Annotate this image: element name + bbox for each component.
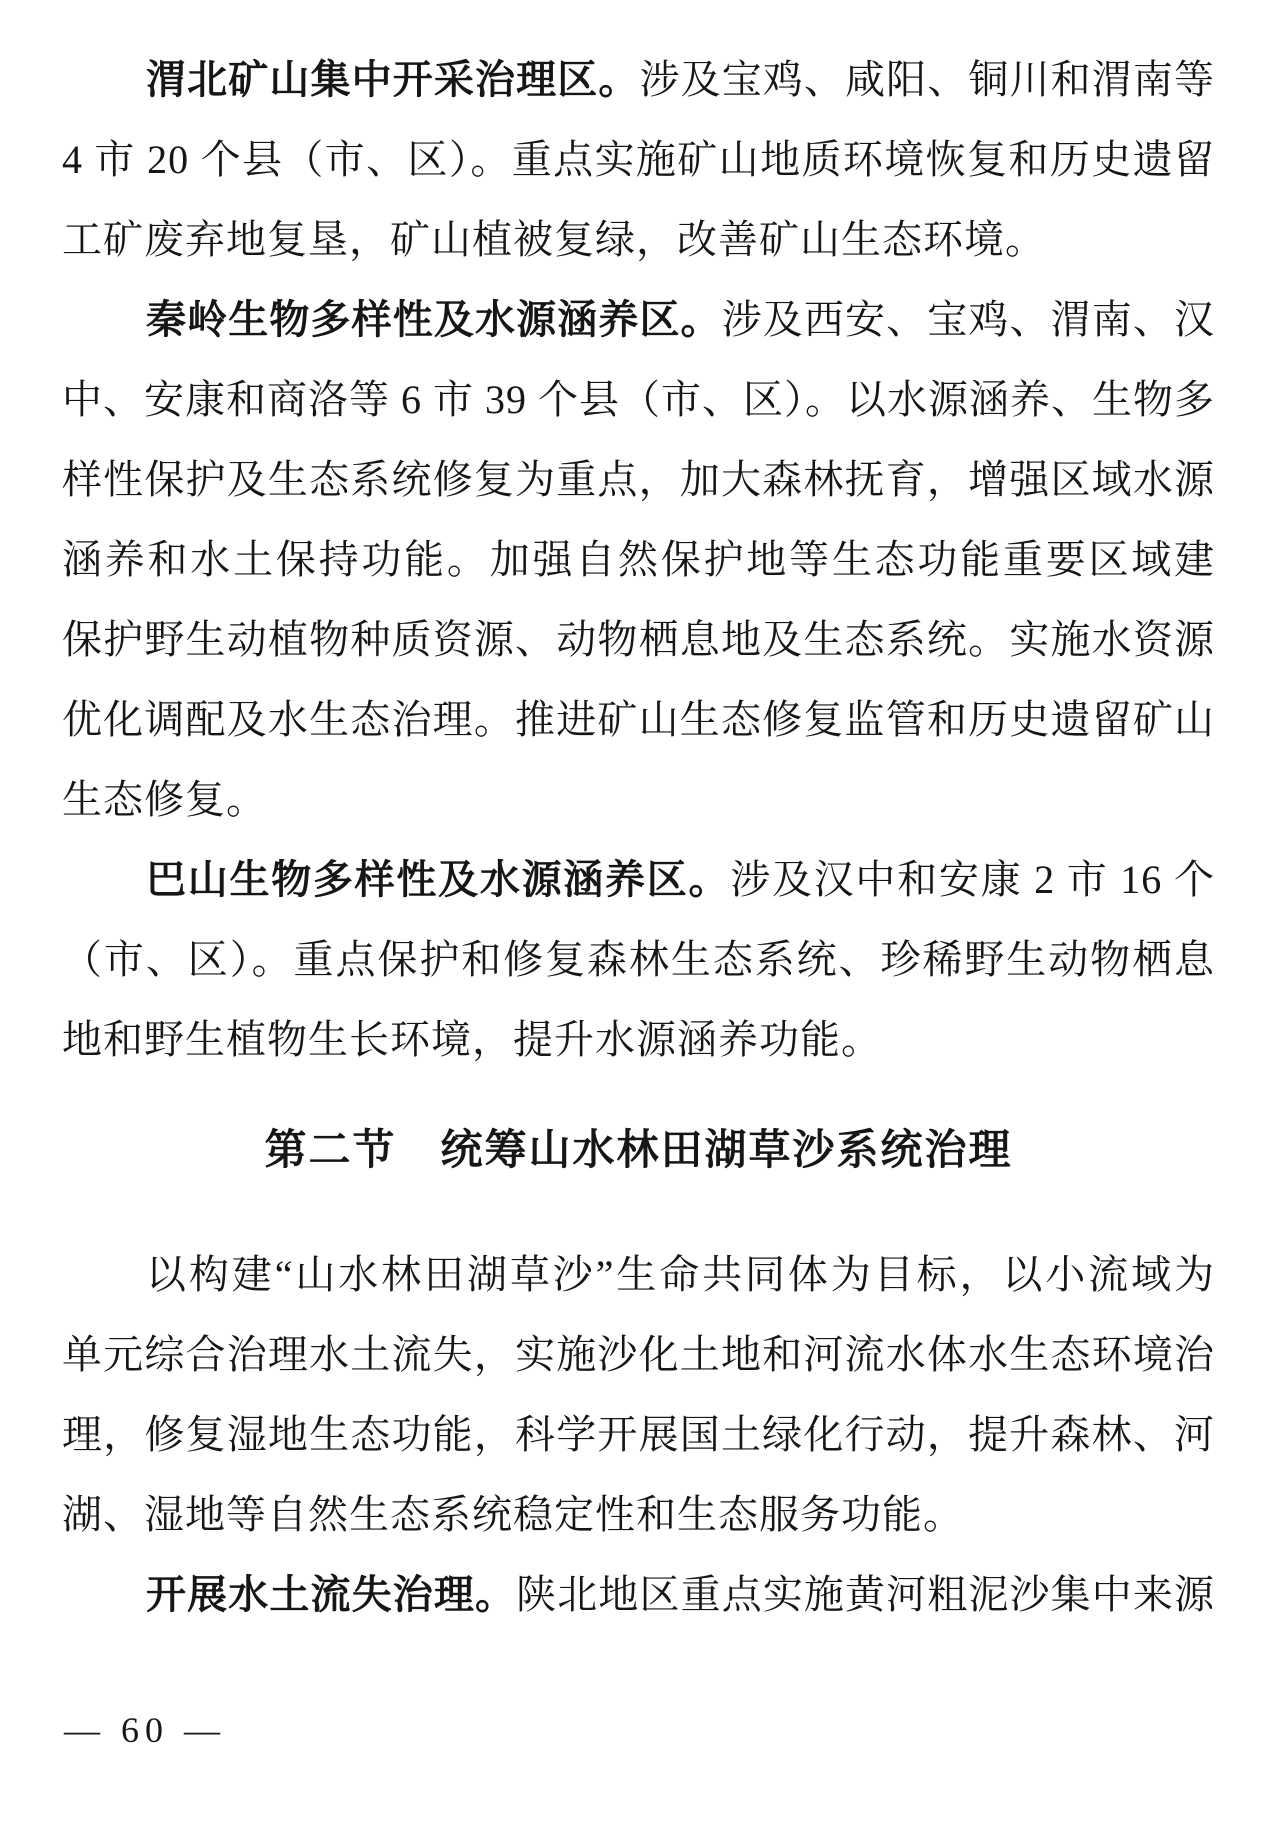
section-heading: 第二节 统筹山水林田湖草沙系统治理 <box>62 1110 1215 1190</box>
body-text: 优化调配及水生态治理。推进矿山生态修复监管和历史遗留矿山 <box>62 697 1215 742</box>
text-line: 湖、湿地等自然生态系统稳定性和生态服务功能。 <box>62 1475 1215 1555</box>
text-line: 保护野生动植物种质资源、动物栖息地及生态系统。实施水资源 <box>62 600 1215 680</box>
body-text: 湖、湿地等自然生态系统稳定性和生态服务功能。 <box>62 1492 964 1537</box>
bold-lead-text: 开展水土流失治理。 <box>146 1573 516 1617</box>
body-text: 单元综合治理水土流失，实施沙化土地和河流水体水生态环境治 <box>62 1332 1215 1377</box>
body-text: 4 市 20 个县（市、区）。重点实施矿山地质环境恢复和历史遗留 <box>62 137 1215 182</box>
paragraph: 渭北矿山集中开采治理区。涉及宝鸡、咸阳、铜川和渭南等4 市 20 个县（市、区）… <box>62 40 1215 280</box>
paragraph: 秦岭生物多样性及水源涵养区。涉及西安、宝鸡、渭南、汉中、安康和商洛等 6 市 3… <box>62 280 1215 840</box>
paragraph: 以构建“山水林田湖草沙”生命共同体为目标，以小流域为单元综合治理水土流失，实施沙… <box>62 1235 1215 1555</box>
text-line: 4 市 20 个县（市、区）。重点实施矿山地质环境恢复和历史遗留 <box>62 120 1215 200</box>
bold-lead-text: 秦岭生物多样性及水源涵养区。 <box>146 298 722 342</box>
body-text: 工矿废弃地复垦，矿山植被复绿，改善矿山生态环境。 <box>62 217 1046 262</box>
text-line: （市、区）。重点保护和修复森林生态系统、珍稀野生动物栖息 <box>62 920 1215 1000</box>
body-text: 涵养和水土保持功能。加强自然保护地等生态功能重要区域建设， <box>62 537 1215 600</box>
page-number: — 60 — <box>64 1706 226 1754</box>
document-body: 渭北矿山集中开采治理区。涉及宝鸡、咸阳、铜川和渭南等4 市 20 个县（市、区）… <box>62 40 1215 1635</box>
bold-lead-text: 巴山生物多样性及水源涵养区。 <box>146 858 730 902</box>
body-text: 生态修复。 <box>62 777 267 822</box>
body-text: 地和野生植物生长环境，提升水源涵养功能。 <box>62 1017 882 1062</box>
text-line: 秦岭生物多样性及水源涵养区。涉及西安、宝鸡、渭南、汉 <box>62 280 1215 360</box>
text-line: 优化调配及水生态治理。推进矿山生态修复监管和历史遗留矿山 <box>62 680 1215 760</box>
body-text: 样性保护及生态系统修复为重点，加大森林抚育，增强区域水源 <box>62 457 1215 502</box>
body-text: 陕北地区重点实施黄河粗泥沙集中来源 <box>516 1572 1215 1617</box>
body-text: 涉及宝鸡、咸阳、铜川和渭南等 <box>639 57 1215 102</box>
text-line: 渭北矿山集中开采治理区。涉及宝鸡、咸阳、铜川和渭南等 <box>62 40 1215 120</box>
text-line: 涵养和水土保持功能。加强自然保护地等生态功能重要区域建设， <box>62 520 1215 600</box>
text-line: 开展水土流失治理。陕北地区重点实施黄河粗泥沙集中来源 <box>62 1555 1215 1635</box>
document-page: 渭北矿山集中开采治理区。涉及宝鸡、咸阳、铜川和渭南等4 市 20 个县（市、区）… <box>0 0 1280 1846</box>
bold-lead-text: 渭北矿山集中开采治理区。 <box>146 58 639 102</box>
text-line: 样性保护及生态系统修复为重点，加大森林抚育，增强区域水源 <box>62 440 1215 520</box>
text-line: 巴山生物多样性及水源涵养区。涉及汉中和安康 2 市 16 个县 <box>62 840 1215 920</box>
body-text: 保护野生动植物种质资源、动物栖息地及生态系统。实施水资源 <box>62 617 1215 662</box>
body-text: 中、安康和商洛等 6 市 39 个县（市、区）。以水源涵养、生物多 <box>62 377 1215 422</box>
text-line: 理，修复湿地生态功能，科学开展国土绿化行动，提升森林、河 <box>62 1395 1215 1475</box>
text-line: 生态修复。 <box>62 760 1215 840</box>
body-text: 以构建“山水林田湖草沙”生命共同体为目标，以小流域为 <box>146 1252 1215 1297</box>
body-text: 理，修复湿地生态功能，科学开展国土绿化行动，提升森林、河 <box>62 1412 1215 1457</box>
paragraph: 巴山生物多样性及水源涵养区。涉及汉中和安康 2 市 16 个县（市、区）。重点保… <box>62 840 1215 1080</box>
text-line: 工矿废弃地复垦，矿山植被复绿，改善矿山生态环境。 <box>62 200 1215 280</box>
text-line: 中、安康和商洛等 6 市 39 个县（市、区）。以水源涵养、生物多 <box>62 360 1215 440</box>
text-line: 单元综合治理水土流失，实施沙化土地和河流水体水生态环境治 <box>62 1315 1215 1395</box>
paragraph: 开展水土流失治理。陕北地区重点实施黄河粗泥沙集中来源 <box>62 1555 1215 1635</box>
body-text: 涉及西安、宝鸡、渭南、汉 <box>722 297 1215 342</box>
text-line: 地和野生植物生长环境，提升水源涵养功能。 <box>62 1000 1215 1080</box>
body-text: （市、区）。重点保护和修复森林生态系统、珍稀野生动物栖息 <box>62 937 1215 982</box>
text-line: 以构建“山水林田湖草沙”生命共同体为目标，以小流域为 <box>62 1235 1215 1315</box>
